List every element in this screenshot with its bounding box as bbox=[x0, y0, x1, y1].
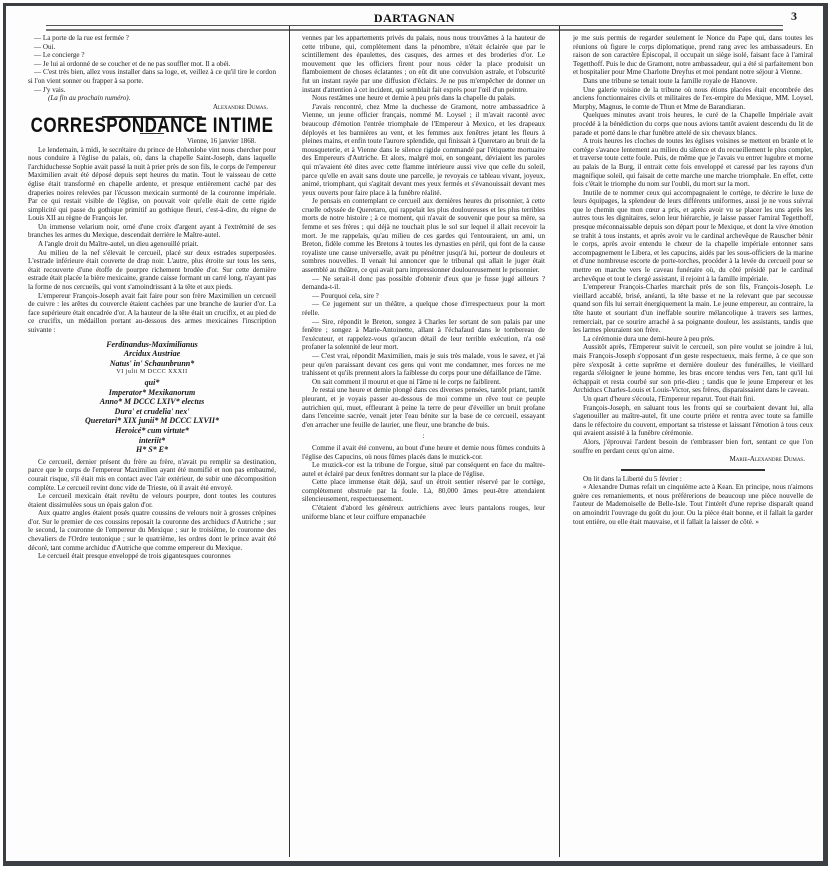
inscription-line: Anno* M DCCC LXIV* electus bbox=[28, 397, 276, 407]
paragraph: Nous restâmes une heure et demie à peu p… bbox=[302, 94, 545, 103]
column-rule bbox=[559, 26, 560, 857]
dialog-line: — Je lui ai ordonné de se coucher et de … bbox=[28, 60, 276, 69]
section-separator: : bbox=[302, 432, 545, 441]
page-frame: DARTAGNAN 3 — La porte de la rue est fer… bbox=[3, 3, 828, 866]
paragraph: je me suis permis de regarder seulement … bbox=[573, 34, 813, 77]
paragraph: — Sire, répondit le Breton, songez à Cha… bbox=[302, 318, 545, 352]
paragraph: Au milieu de la nef s'élevait le cercuei… bbox=[28, 249, 276, 292]
paragraph: — Ce jugement sur un théâtre, a quelque … bbox=[302, 300, 545, 317]
column-2: vennes par les appartements privés du pa… bbox=[302, 34, 545, 855]
dialog-line: — La porte de la rue est fermée ? bbox=[28, 34, 276, 43]
inscription-line: Imperator* Mexikanorum bbox=[28, 388, 276, 398]
paragraph: Je restai une heure et demie plongé dans… bbox=[302, 386, 545, 429]
paragraph: Un immense velarium noir, orné d'une cro… bbox=[28, 223, 276, 240]
section-title: CORRESPONDANCE INTIME bbox=[28, 121, 276, 132]
paragraph: C'étaient d'abord les généreux autrichie… bbox=[302, 504, 545, 521]
paragraph: Un quart d'heure s'écoula, l'Empereur re… bbox=[573, 395, 813, 404]
paragraph: Le cercueil mexicain était revêtu de vel… bbox=[28, 492, 276, 509]
paragraph: Quelques minutes avant trois heures, le … bbox=[573, 111, 813, 137]
dateline: Vienne, 16 janvier 1868. bbox=[28, 137, 276, 146]
paragraph: La cérémonie dura une demi-heure à peu p… bbox=[573, 335, 813, 344]
inscription-line: qui* bbox=[28, 378, 276, 388]
paragraph: Le lendemain, à midi, le secrétaire du p… bbox=[28, 146, 276, 223]
newspaper-title: DARTAGNAN bbox=[374, 11, 455, 25]
paragraph: Cette place immense était déjà, sauf un … bbox=[302, 478, 545, 504]
paragraph: Une galerie voisine de la tribune où nou… bbox=[573, 86, 813, 112]
latin-inscription: Ferdinandus-Maximilianus Arcidux Austria… bbox=[28, 340, 276, 455]
header-rule bbox=[46, 25, 783, 31]
paragraph: On sait comment il mourut et que ni l'âm… bbox=[302, 378, 545, 387]
paragraph: Dans une tribune se tenait toute la fami… bbox=[573, 77, 813, 86]
dialog-line: — Le concierge ? bbox=[28, 51, 276, 60]
column-rule bbox=[289, 26, 290, 857]
paragraph: vennes par les appartements privés du pa… bbox=[302, 34, 545, 94]
column-1: — La porte de la rue est fermée ? — Oui.… bbox=[28, 34, 276, 855]
inscription-line: H* S* E* bbox=[28, 445, 276, 455]
paragraph: A l'angle droit du Maître-autel, un dieu… bbox=[28, 240, 276, 249]
inscription-line: Ferdinandus-Maximilianus bbox=[28, 340, 276, 350]
news-intro: On lit dans la Liberté du 5 février : bbox=[573, 475, 813, 484]
inscription-line: Natus' in' Schaunbrunn* bbox=[28, 359, 276, 369]
paragraph: A trois heures les cloches de toutes les… bbox=[573, 137, 813, 189]
continued-note: (La fin au prochain numéro). bbox=[28, 94, 276, 103]
author-signature: Marie-Alexandre Dumas. bbox=[573, 455, 813, 464]
inscription-line: VI julii M DCCC XXXII bbox=[28, 368, 276, 378]
column-3: je me suis permis de regarder seulement … bbox=[573, 34, 813, 855]
page-number: 3 bbox=[791, 9, 797, 24]
section-divider bbox=[621, 469, 765, 471]
paragraph: Aux quatre angles étaient posés quatre c… bbox=[28, 509, 276, 552]
inscription-line: Heroicé* cum virtute* bbox=[28, 426, 276, 436]
author-signature: Alexandre Dumas. bbox=[28, 103, 276, 112]
inscription-line: interiit* bbox=[28, 436, 276, 446]
inscription-line: Dura' et crudelia' nex' bbox=[28, 407, 276, 417]
paragraph: L'empereur François-Joseph avait fait fa… bbox=[28, 292, 276, 335]
paragraph: — C'est vrai, répondit Maximilien, mais … bbox=[302, 352, 545, 378]
paragraph: Le cercueil était presque enveloppé de t… bbox=[28, 552, 276, 561]
paragraph: — Ne serait-il donc pas possible d'obten… bbox=[302, 275, 545, 292]
dialog-line: — Oui. bbox=[28, 43, 276, 52]
paragraph: Aussitôt après, l'Empereur suivit le cer… bbox=[573, 343, 813, 395]
paragraph: Ce cercueil, dernier présent du frère au… bbox=[28, 458, 276, 492]
paragraph: J'avais rencontré, chez Mme la duchesse … bbox=[302, 103, 545, 198]
inscription-line: Arcidux Austriae bbox=[28, 349, 276, 359]
paragraph: François-Joseph, en saluant tous les fro… bbox=[573, 404, 813, 438]
masthead: DARTAGNAN 3 bbox=[6, 9, 823, 25]
inscription-line: Queretari* XIX junii* M DCCC LXVII* bbox=[28, 416, 276, 426]
news-quote: « Alexandre Dumas refait un cinquième ac… bbox=[573, 483, 813, 526]
paragraph: Alors, j'éprouvai l'ardent besoin de t'e… bbox=[573, 438, 813, 455]
paragraph: L'empereur François-Charles marchait prè… bbox=[573, 283, 813, 335]
dialog-line: — J'y vais. bbox=[28, 86, 276, 95]
paragraph: Comme il avait été convenu, au bout d'un… bbox=[302, 444, 545, 461]
paragraph: Je pensais en contemplant ce cercueil au… bbox=[302, 197, 545, 274]
paragraph: — Pourquoi cela, sire ? bbox=[302, 292, 545, 301]
paragraph: Inutile de te nommer ceux qui accompagna… bbox=[573, 189, 813, 284]
paragraph: Le muzick-cor est la tribune de l'orgue,… bbox=[302, 461, 545, 478]
dialog-line: — C'est très bien, allez vous installer … bbox=[28, 68, 276, 85]
